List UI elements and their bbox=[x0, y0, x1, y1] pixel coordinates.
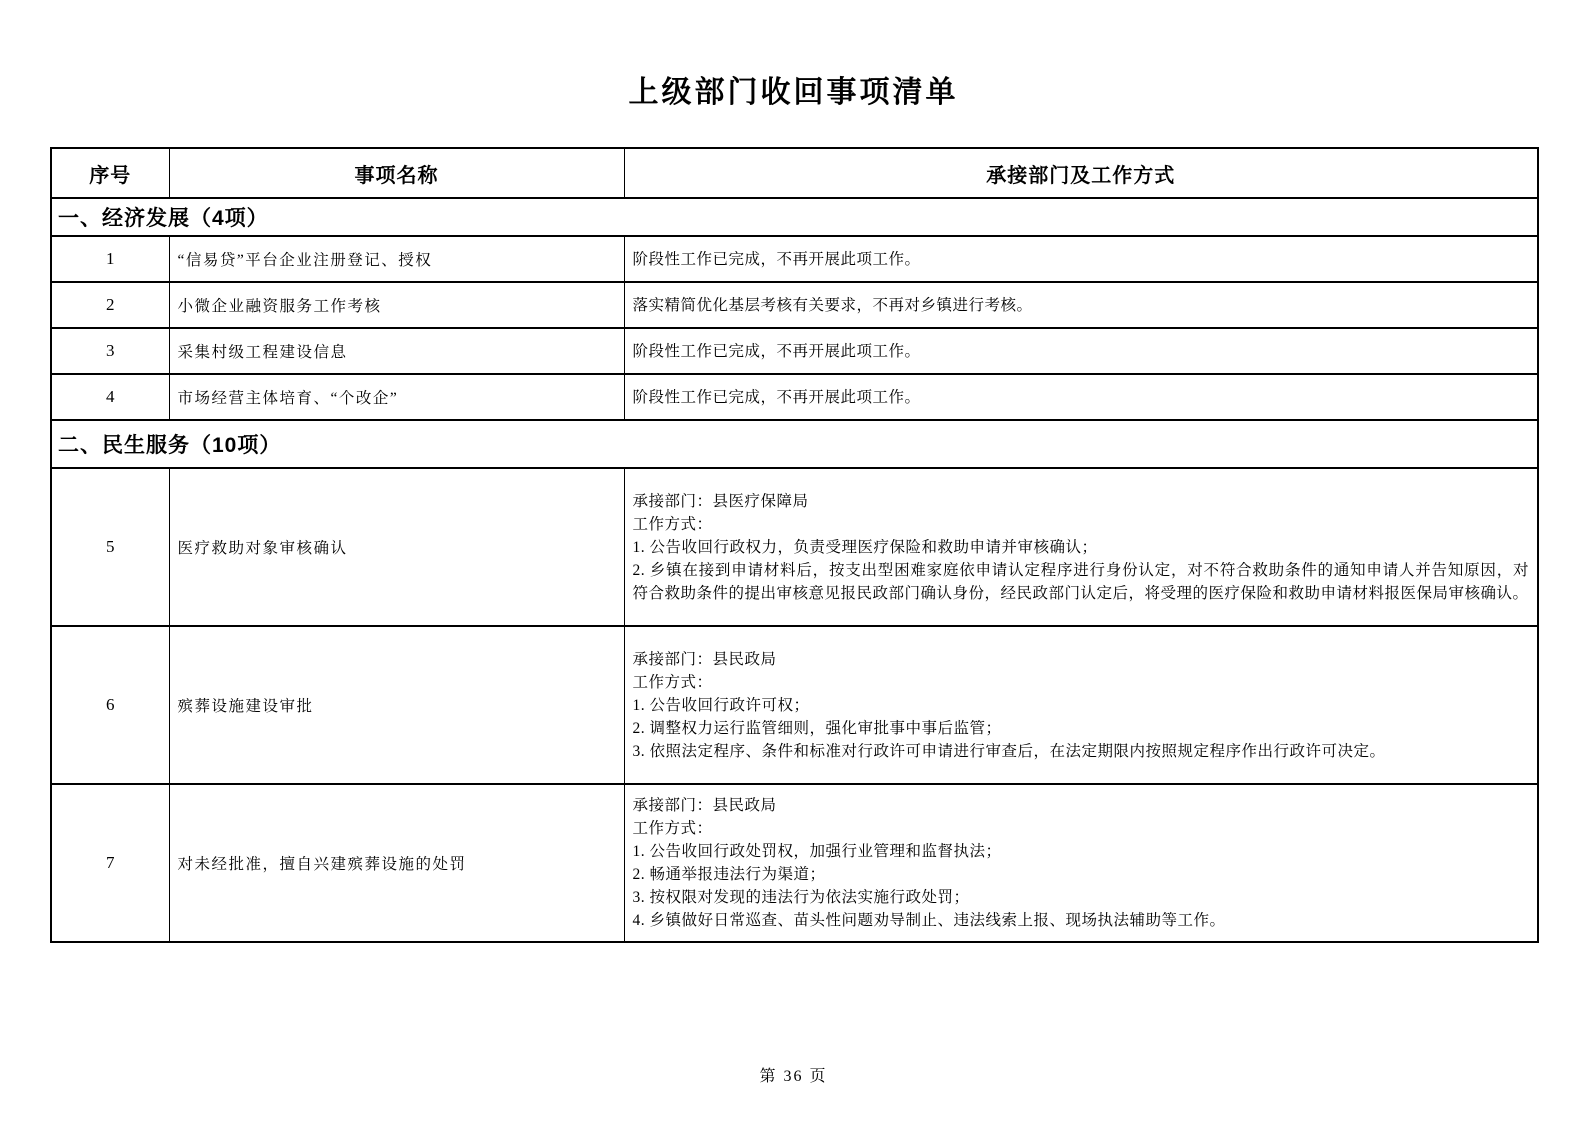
item-name: “信易贷”平台企业注册登记、授权 bbox=[169, 236, 624, 282]
section-heading: 二、民生服务（10项） bbox=[51, 420, 1538, 468]
item-name: 殡葬设施建设审批 bbox=[169, 626, 624, 784]
item-name: 采集村级工程建设信息 bbox=[169, 328, 624, 374]
detail-line: 工作方式： bbox=[633, 817, 1530, 840]
item-number: 1 bbox=[51, 236, 169, 282]
item-number: 6 bbox=[51, 626, 169, 784]
item-name: 市场经营主体培育、“个改企” bbox=[169, 374, 624, 420]
column-header-dept: 承接部门及工作方式 bbox=[624, 148, 1538, 198]
detail-line: 承接部门：县民政局 bbox=[633, 794, 1530, 817]
detail-line: 1. 公告收回行政处罚权，加强行业管理和监督执法； bbox=[633, 840, 1530, 863]
table-row: 5医疗救助对象审核确认承接部门：县医疗保障局工作方式：1. 公告收回行政权力，负… bbox=[51, 468, 1538, 626]
detail-line: 2. 调整权力运行监管细则，强化审批事中事后监管； bbox=[633, 717, 1530, 740]
item-detail: 落实精简优化基层考核有关要求，不再对乡镇进行考核。 bbox=[624, 282, 1538, 328]
table-row: 2小微企业融资服务工作考核落实精简优化基层考核有关要求，不再对乡镇进行考核。 bbox=[51, 282, 1538, 328]
detail-line: 承接部门：县民政局 bbox=[633, 648, 1530, 671]
item-number: 5 bbox=[51, 468, 169, 626]
table-row: 1“信易贷”平台企业注册登记、授权阶段性工作已完成，不再开展此项工作。 bbox=[51, 236, 1538, 282]
detail-line: 3. 按权限对发现的违法行为依法实施行政处罚； bbox=[633, 886, 1530, 909]
detail-line: 工作方式： bbox=[633, 513, 1530, 536]
column-header-no: 序号 bbox=[51, 148, 169, 198]
section-heading-row: 二、民生服务（10项） bbox=[51, 420, 1538, 468]
detail-line: 承接部门：县医疗保障局 bbox=[633, 490, 1530, 513]
table-header: 序号 事项名称 承接部门及工作方式 bbox=[51, 148, 1538, 198]
detail-line: 工作方式： bbox=[633, 671, 1530, 694]
detail-line: 1. 公告收回行政权力，负责受理医疗保险和救助申请并审核确认； bbox=[633, 536, 1530, 559]
table-row: 6殡葬设施建设审批承接部门：县民政局工作方式：1. 公告收回行政许可权；2. 调… bbox=[51, 626, 1538, 784]
column-header-name: 事项名称 bbox=[169, 148, 624, 198]
detail-line: 阶段性工作已完成，不再开展此项工作。 bbox=[633, 248, 1530, 271]
item-detail: 阶段性工作已完成，不再开展此项工作。 bbox=[624, 374, 1538, 420]
detail-line: 阶段性工作已完成，不再开展此项工作。 bbox=[633, 386, 1530, 409]
item-name: 医疗救助对象审核确认 bbox=[169, 468, 624, 626]
item-detail: 承接部门：县医疗保障局工作方式：1. 公告收回行政权力，负责受理医疗保险和救助申… bbox=[624, 468, 1538, 626]
table-row: 3采集村级工程建设信息阶段性工作已完成，不再开展此项工作。 bbox=[51, 328, 1538, 374]
detail-line: 落实精简优化基层考核有关要求，不再对乡镇进行考核。 bbox=[633, 294, 1530, 317]
item-number: 4 bbox=[51, 374, 169, 420]
item-detail: 阶段性工作已完成，不再开展此项工作。 bbox=[624, 328, 1538, 374]
detail-line: 2. 乡镇在接到申请材料后，按支出型困难家庭依申请认定程序进行身份认定，对不符合… bbox=[633, 559, 1530, 605]
item-name: 小微企业融资服务工作考核 bbox=[169, 282, 624, 328]
detail-line: 3. 依照法定程序、条件和标准对行政许可申请进行审查后，在法定期限内按照规定程序… bbox=[633, 740, 1530, 763]
item-detail: 阶段性工作已完成，不再开展此项工作。 bbox=[624, 236, 1538, 282]
header-row: 序号 事项名称 承接部门及工作方式 bbox=[51, 148, 1538, 198]
document-page: 上级部门收回事项清单 序号 事项名称 承接部门及工作方式 一、经济发展（4项）1… bbox=[0, 0, 1587, 1122]
page-number: 第 36 页 bbox=[0, 1063, 1587, 1086]
section-heading: 一、经济发展（4项） bbox=[51, 198, 1538, 236]
item-detail: 承接部门：县民政局工作方式：1. 公告收回行政处罚权，加强行业管理和监督执法；2… bbox=[624, 784, 1538, 942]
item-number: 2 bbox=[51, 282, 169, 328]
page-title: 上级部门收回事项清单 bbox=[0, 0, 1587, 110]
table-row: 4市场经营主体培育、“个改企”阶段性工作已完成，不再开展此项工作。 bbox=[51, 374, 1538, 420]
table-body: 一、经济发展（4项）1“信易贷”平台企业注册登记、授权阶段性工作已完成，不再开展… bbox=[51, 198, 1538, 942]
detail-line: 4. 乡镇做好日常巡查、苗头性问题劝导制止、违法线索上报、现场执法辅助等工作。 bbox=[633, 909, 1530, 932]
detail-line: 1. 公告收回行政许可权； bbox=[633, 694, 1530, 717]
item-number: 7 bbox=[51, 784, 169, 942]
items-table: 序号 事项名称 承接部门及工作方式 一、经济发展（4项）1“信易贷”平台企业注册… bbox=[50, 147, 1539, 943]
item-name: 对未经批准，擅自兴建殡葬设施的处罚 bbox=[169, 784, 624, 942]
item-number: 3 bbox=[51, 328, 169, 374]
section-heading-row: 一、经济发展（4项） bbox=[51, 198, 1538, 236]
detail-line: 阶段性工作已完成，不再开展此项工作。 bbox=[633, 340, 1530, 363]
table-row: 7对未经批准，擅自兴建殡葬设施的处罚承接部门：县民政局工作方式：1. 公告收回行… bbox=[51, 784, 1538, 942]
item-detail: 承接部门：县民政局工作方式：1. 公告收回行政许可权；2. 调整权力运行监管细则… bbox=[624, 626, 1538, 784]
detail-line: 2. 畅通举报违法行为渠道； bbox=[633, 863, 1530, 886]
